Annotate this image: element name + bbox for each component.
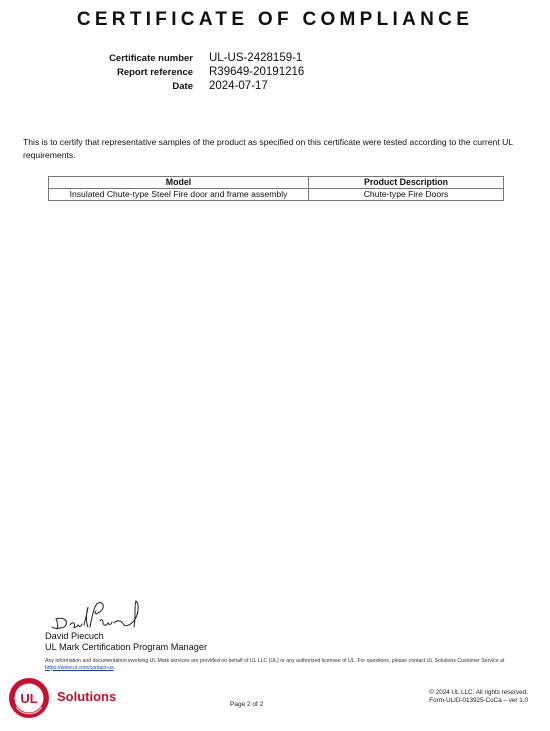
header-model: Model (49, 177, 309, 189)
meta-label: Certificate number (109, 53, 193, 64)
certificate-title: CERTIFICATE OF COMPLIANCE (0, 9, 550, 31)
header-product-description: Product Description (309, 177, 504, 189)
copyright-text: © 2024 UL LLC. All rights reserved. (429, 689, 528, 697)
signer-title: UL Mark Certification Program Manager (45, 642, 207, 653)
copyright-block: © 2024 UL LLC. All rights reserved. Form… (429, 689, 528, 705)
meta-row-date: Date 2024-07-17 (0, 81, 550, 95)
meta-value: R39649-20191216 (209, 66, 304, 78)
meta-value: UL-US-2428159-1 (209, 52, 302, 64)
form-id: Form-ULID-013925-CoCa – ver 1.0 (429, 697, 528, 705)
disclaimer: Any information and documentation involv… (45, 658, 535, 671)
table-header-row: Model Product Description (49, 177, 504, 189)
ul-logo-icon: UL (8, 677, 50, 719)
table-row: Insulated Chute-type Steel Fire door and… (49, 189, 504, 201)
logo-text: Solutions (57, 689, 116, 704)
signer-name: David Piecuch (45, 631, 207, 642)
meta-label: Date (172, 81, 193, 92)
certification-statement: This is to certify that representative s… (23, 136, 523, 162)
contact-link[interactable]: https://www.ul.com/contact-us (45, 665, 114, 671)
meta-row-certificate-number: Certificate number UL-US-2428159-1 (0, 53, 550, 67)
page-number: Page 2 of 2 (230, 701, 263, 708)
disclaimer-text: Any information and documentation involv… (45, 658, 504, 664)
meta-value: 2024-07-17 (209, 80, 268, 92)
signature-icon (48, 597, 148, 633)
meta-row-report-reference: Report reference R39649-20191216 (0, 67, 550, 81)
meta-label: Report reference (117, 67, 193, 78)
disclaimer-end: . (114, 665, 115, 671)
model-table: Model Product Description Insulated Chut… (48, 176, 504, 201)
signer-block: David Piecuch UL Mark Certification Prog… (45, 631, 207, 653)
svg-text:UL: UL (20, 691, 37, 706)
cell-model: Insulated Chute-type Steel Fire door and… (49, 189, 309, 201)
cell-product-description: Chute-type Fire Doors (309, 189, 504, 201)
